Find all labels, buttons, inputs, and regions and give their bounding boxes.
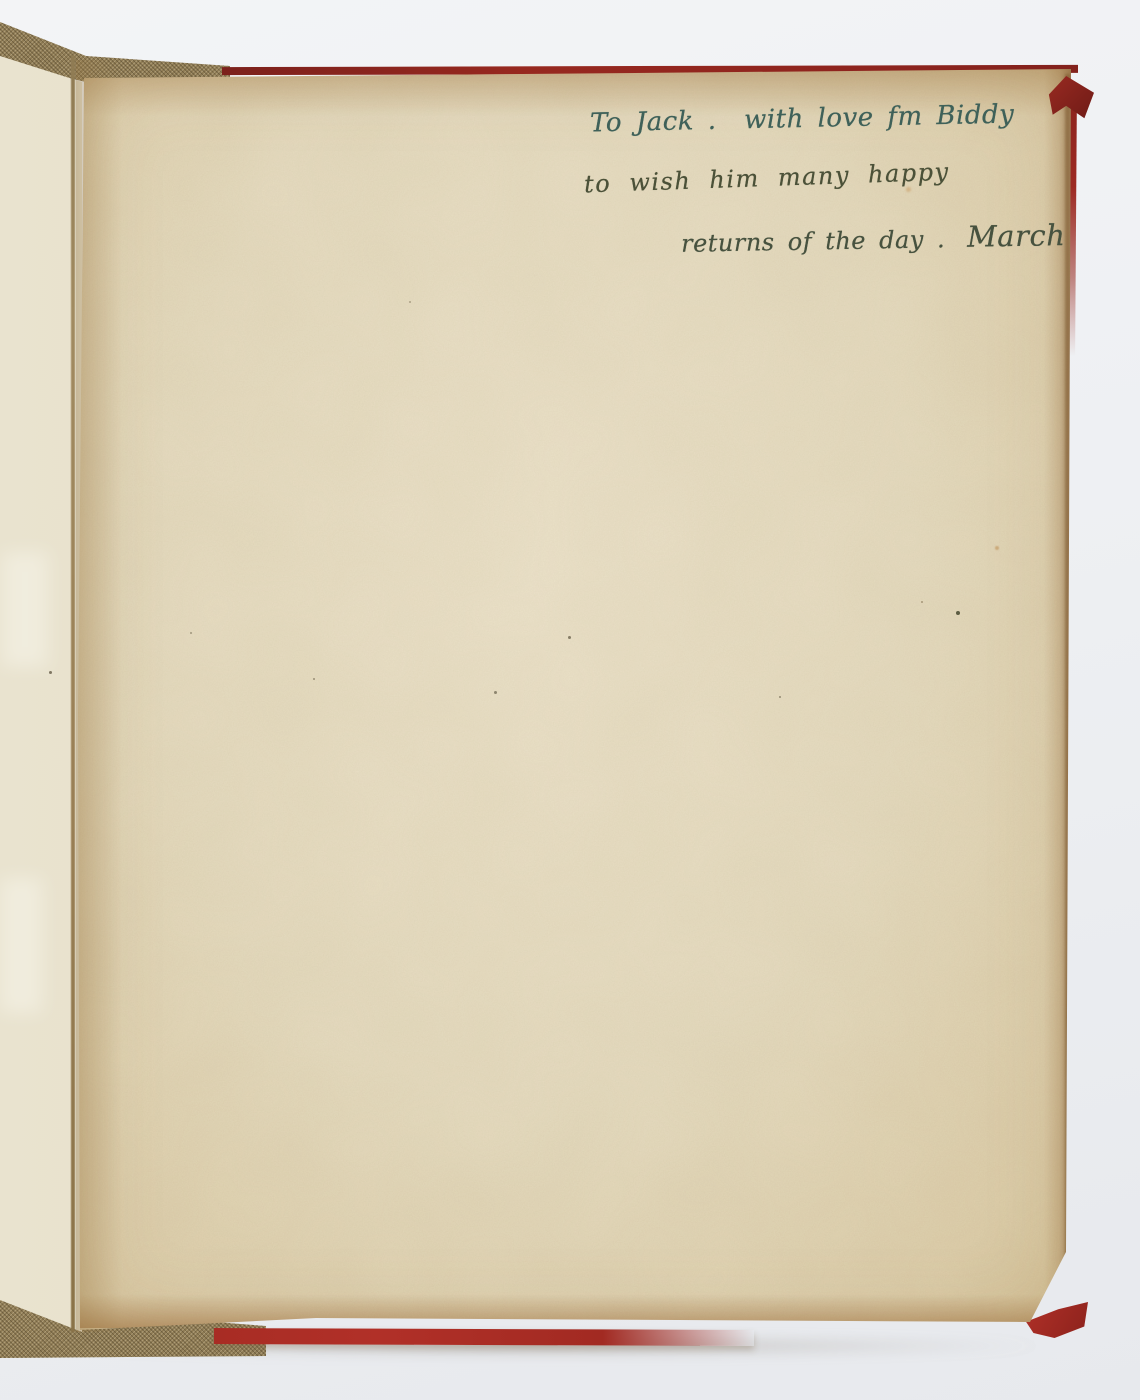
- inscription-line-1: To Jack . with love fm Biddy: [590, 100, 1015, 139]
- handwritten-inscription: To Jack . with love fm Biddy to wish him…: [76, 64, 1074, 1336]
- inscription-line-3-text: returns of the day .: [681, 225, 945, 258]
- inscription-date-month-day: March 24: [967, 217, 1118, 254]
- photograph-open-book: To Jack . with love fm Biddy to wish him…: [0, 0, 1140, 1400]
- red-cover-bottom-edge: [214, 1328, 754, 1346]
- inscription-date: March 24th1936: [967, 215, 1140, 253]
- foxing-speck: [49, 671, 52, 674]
- blank-endpaper-page: To Jack . with love fm Biddy to wish him…: [76, 64, 1074, 1336]
- endpaper-sheen: [0, 878, 42, 1013]
- endpaper-sheen: [2, 552, 48, 667]
- inscription-date-suffix: th: [1118, 219, 1135, 237]
- inscription-line-3: returns of the day .March 24th1936: [575, 186, 1140, 289]
- gutter-crease: [71, 56, 75, 1332]
